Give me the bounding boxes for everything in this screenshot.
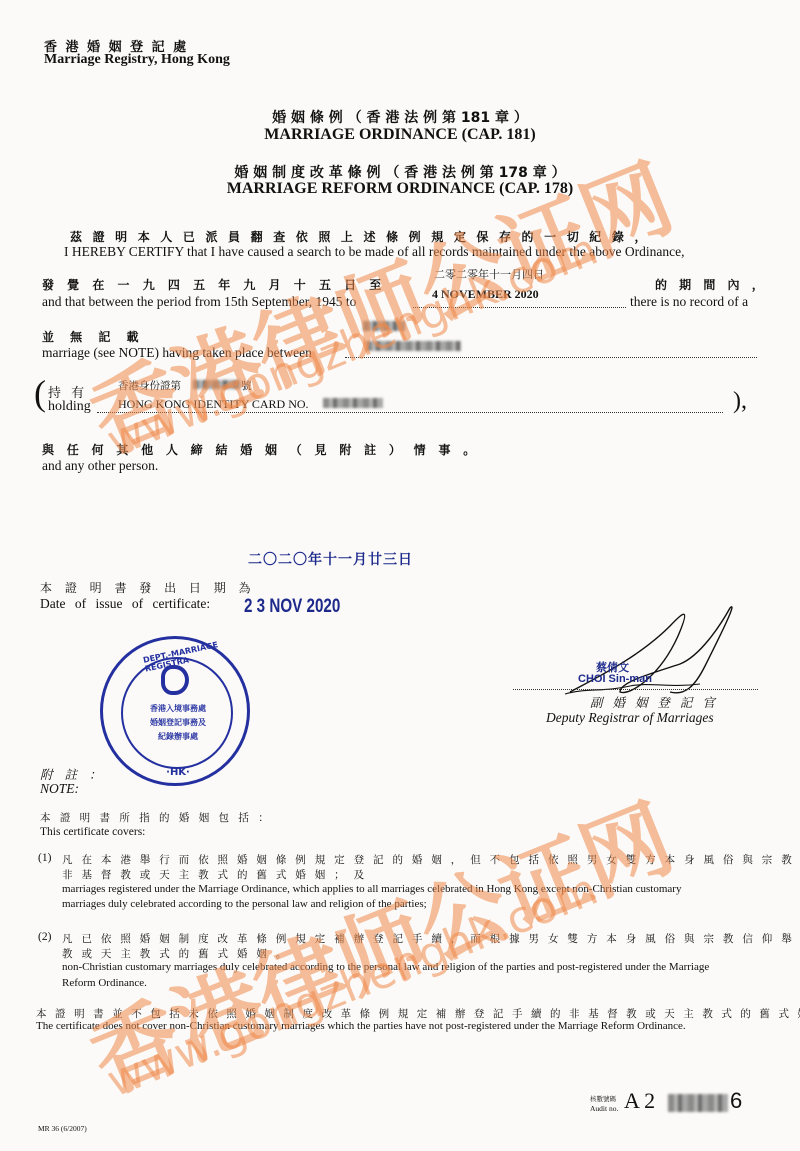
covers-en: This certificate covers: (40, 826, 145, 838)
note-item-2-number: (2) (38, 931, 51, 943)
ordinance-title-zh: 婚 姻 條 例 （ 香 港 法 例 第 181 章 ） (0, 107, 800, 127)
seal-hk: ·HK· (103, 767, 253, 778)
reform-title-en: MARRIAGE REFORM ORDINANCE (CAP. 178) (0, 180, 800, 198)
certify-line2-zh: 發 覺 在 一 九 四 五 年 九 月 十 五 日 至 (42, 276, 386, 293)
exclusion-zh: 本 證 明 書 並 不 包 括 未 依 照 婚 姻 制 度 改 革 條 例 規 … (36, 1006, 800, 1021)
certify-line3-zh: 並 無 記 載 (42, 328, 145, 345)
issue-stamp-date-en: 2 3 NOV 2020 (244, 596, 340, 618)
note-item-1-number: (1) (38, 852, 51, 864)
form-code: MR 36 (6/2007) (38, 1124, 87, 1133)
note-item-2-zh1: 凡 已 依 照 婚 姻 制 度 改 革 條 例 規 定 補 辦 登 記 手 續 … (62, 931, 800, 946)
certify-line1-en: I HEREBY CERTIFY that I have caused a se… (64, 244, 684, 260)
end-date-en: 4 NOVEMBER 2020 (432, 287, 539, 302)
note-item-2-en2: Reform Ordinance. (62, 977, 147, 989)
signatory-title-en: Deputy Registrar of Marriages (546, 710, 714, 726)
issue-label-en: Date of issue of certificate: (40, 596, 210, 612)
seal-line-3: 紀錄辦事處 (103, 731, 253, 742)
redacted-audit-number (668, 1094, 728, 1112)
note-item-1-en1: marriages registered under the Marriage … (62, 883, 681, 895)
id-en: HONG KONG IDENTITY CARD NO. (118, 397, 309, 412)
exclusion-en: The certificate does not cover non-Chris… (36, 1020, 686, 1032)
seal-line-2: 婚姻登記事務及 (103, 717, 253, 728)
note-item-1-zh2: 非 基 督 教 或 天 主 教 式 的 舊 式 婚 姻 ； 及 (62, 867, 367, 882)
audit-number-prefix: A 2 (624, 1088, 655, 1114)
audit-number-suffix: 6 (730, 1088, 742, 1114)
note-item-2-zh2: 教 或 天 主 教 式 的 舊 式 婚 姻 。 (62, 946, 289, 961)
redacted-id-en (323, 398, 383, 408)
id-zh-suffix: 號 (241, 378, 252, 393)
redacted-name-en (366, 341, 461, 351)
registry-name-en: Marriage Registry, Hong Kong (44, 52, 230, 68)
audit-label-zh: 核數號碼 (590, 1094, 616, 1103)
close-paren: ), (733, 388, 747, 414)
issue-label-zh: 本 證 明 書 發 出 日 期 為 (40, 579, 255, 596)
reform-title-zh: 婚 姻 制 度 改 革 條 例 （ 香 港 法 例 第 178 章 ） (0, 162, 800, 182)
issue-stamp-date-zh: 二〇二〇年十一月廿三日 (248, 549, 413, 569)
certify-line1-zh: 茲 證 明 本 人 已 派 員 翻 查 依 照 上 述 條 例 規 定 保 存 … (70, 228, 650, 245)
seal-line-1: 香港入境事務處 (103, 703, 253, 714)
redacted-name-zh (363, 321, 405, 331)
covers-zh: 本 證 明 書 所 指 的 婚 姻 包 括 ： (40, 810, 272, 825)
certify-line3-en: marriage (see NOTE) having taken place b… (42, 345, 312, 361)
redacted-id-zh (193, 380, 241, 389)
open-paren: ( (34, 375, 46, 411)
holding-en: holding (48, 399, 91, 415)
certify-line2-zh-end: 的 期 間 內 ， (655, 276, 768, 293)
signatory-title-zh: 副 婚 姻 登 記 官 (590, 693, 718, 711)
end-date-zh: 二零二零年十一月四日 (434, 266, 544, 282)
certify-line4-en: and any other person. (42, 458, 158, 474)
signatory-name-en: CHOI Sin-man (578, 673, 652, 685)
note-item-1-zh1: 凡 在 本 港 舉 行 而 依 照 婚 姻 條 例 規 定 登 記 的 婚 姻 … (62, 852, 800, 867)
note-item-1-en2: marriages duly celebrated according to t… (62, 898, 427, 910)
id-zh-prefix: 香港身份證第 (118, 378, 181, 393)
certify-line4-zh: 與 任 何 其 他 人 締 結 婚 姻 （ 見 附 註 ） 情 事 。 (42, 441, 480, 458)
note-item-2-en1: non-Christian customary marriages duly c… (62, 961, 709, 973)
official-seal: 香港入境事務處 婚姻登記事務及 紀錄辦事處 ·HK· DEPT.-MARRIAG… (100, 636, 250, 786)
ordinance-title-en: MARRIAGE ORDINANCE (CAP. 181) (0, 126, 800, 144)
certify-line2-en: and that between the period from 15th Se… (42, 294, 356, 310)
note-label-en: NOTE: (40, 781, 79, 797)
audit-label-en: Audit no. (590, 1104, 618, 1113)
certify-line2-en-end: there is no record of a (630, 294, 748, 310)
